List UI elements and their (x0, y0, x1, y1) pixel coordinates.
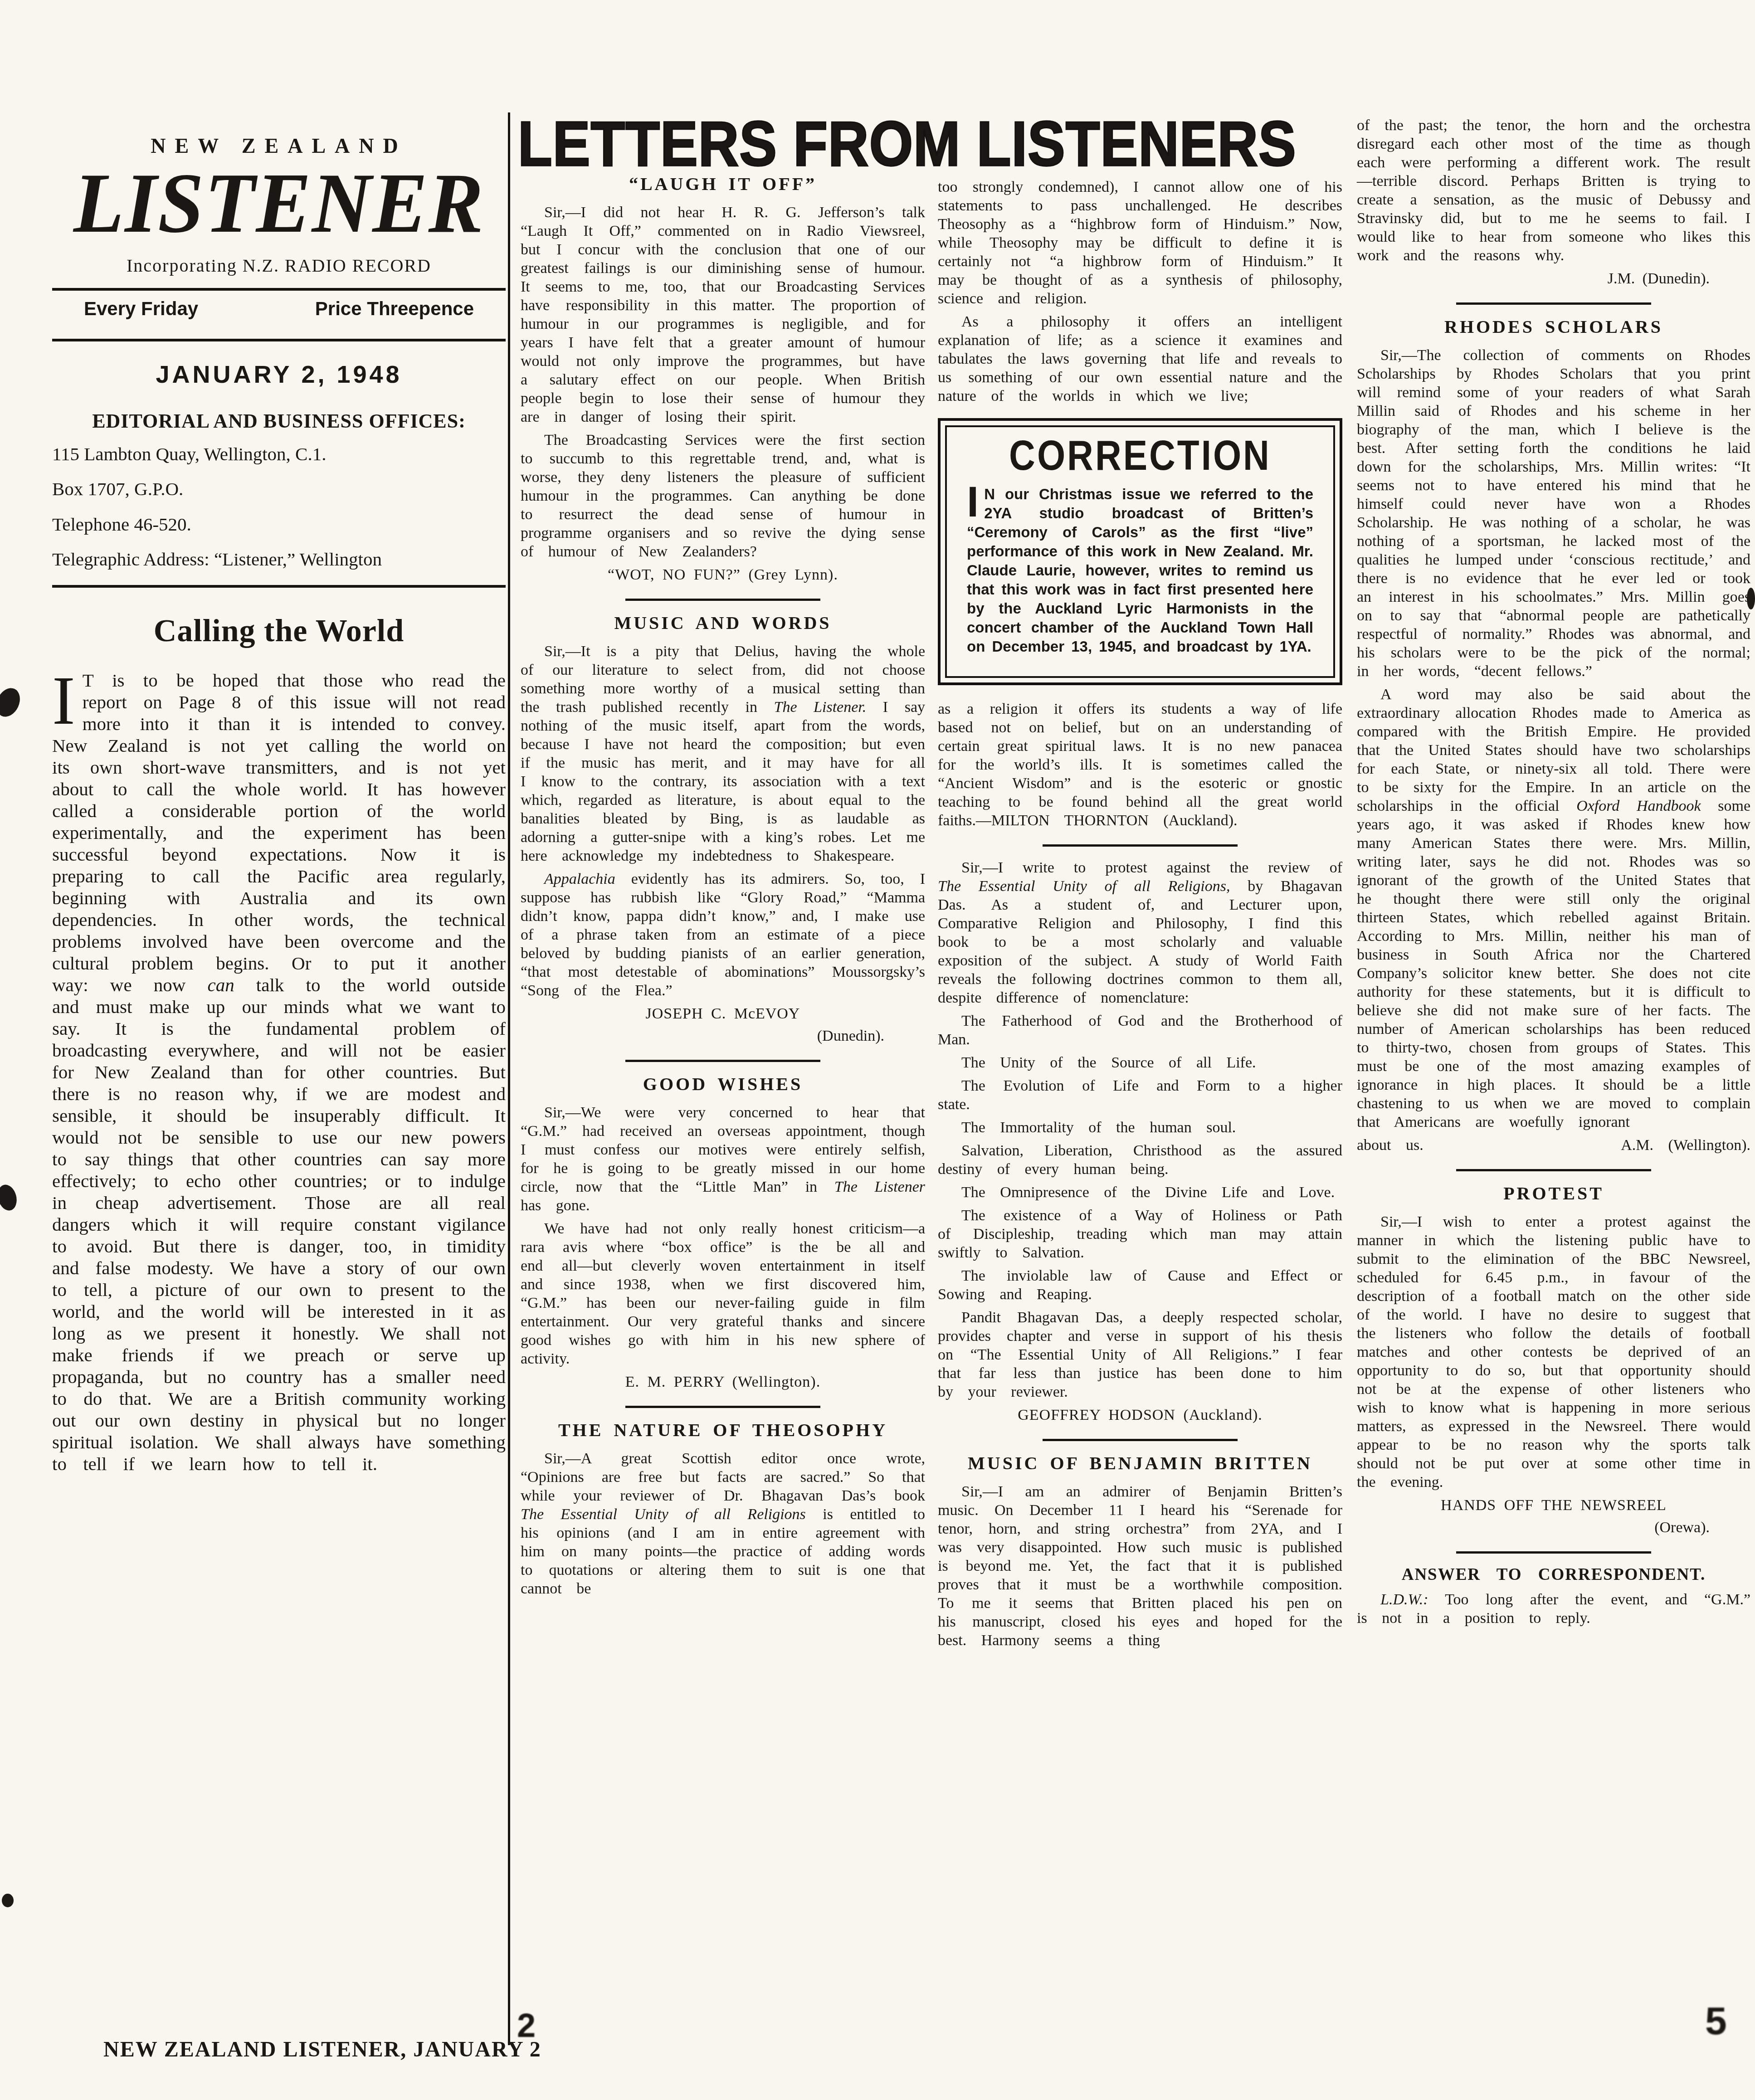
letter-heading: GOOD WISHES (521, 1075, 925, 1093)
masthead-rule (52, 585, 506, 588)
answer-to-correspondent: ANSWER TO CORRESPONDENT. L.D.W.: Too lon… (1357, 1565, 1750, 1627)
letter-paragraph: Sir,—I write to protest against the revi… (938, 858, 1342, 1007)
letter-music-and-words: MUSIC AND WORDS Sir,—It is a pity that D… (521, 614, 925, 1062)
letters-column-3: of the past; the tenor, the horn and the… (1357, 116, 1750, 1632)
letter-paragraph: Sir,—A great Scottish editor once wrote,… (521, 1449, 925, 1598)
correction-body: IN our Christmas issue we referred to th… (967, 485, 1313, 656)
doctrine-item: The Omnipresence of the Divine Life and … (938, 1183, 1342, 1202)
page-number: 5 (1705, 1999, 1727, 2044)
letter-signature: E. M. PERRY (Wellington). (521, 1373, 925, 1391)
office-address-line: Telephone 46-520. (52, 511, 506, 538)
letter-paragraph: Sir,—The collection of comments on Rhode… (1357, 346, 1750, 681)
letter-laugh-it-off: “LAUGH IT OFF” Sir,—I did not hear H. R.… (521, 175, 925, 601)
office-address-line: Telegraphic Address: “Listener,” Welling… (52, 546, 506, 573)
column-divider-rule (508, 112, 510, 2045)
offices-heading: EDITORIAL AND BUSINESS OFFICES: (52, 409, 506, 433)
masthead-region: NEW ZEALAND (52, 134, 506, 158)
letter-signature-line: about us.A.M. (Wellington). (1357, 1136, 1750, 1155)
letter-signature-location: (Dunedin). (521, 1027, 884, 1045)
letter-signature: J.M. (Dunedin). (1357, 269, 1710, 288)
letter-good-wishes: GOOD WISHES Sir,—We were very concerned … (521, 1075, 925, 1408)
letter-paragraph-continuation: of the past; the tenor, the horn and the… (1357, 116, 1750, 265)
masthead-subtitle: Incorporating N.Z. RADIO RECORD (52, 255, 506, 276)
letter-heading: “LAUGH IT OFF” (521, 175, 925, 193)
letter-paragraph: As a philosophy it offers an intelligent… (938, 312, 1342, 405)
ink-smudge (2, 1894, 14, 1907)
letter-signature: GEOFFREY HODSON (Auckland). (938, 1406, 1342, 1424)
letter-signature: A.M. (Wellington). (1621, 1136, 1750, 1155)
letter-divider (1043, 844, 1238, 847)
letter-paragraph: Pandit Bhagavan Das, a deeply respected … (938, 1308, 1342, 1401)
letter-heading: RHODES SCHOLARS (1357, 317, 1750, 336)
letter-paragraph: Sir,—I did not hear H. R. G. Jefferson’s… (521, 203, 925, 426)
letter-protest: PROTEST Sir,—I wish to enter a protest a… (1357, 1184, 1750, 1554)
issue-price: Price Threepence (315, 298, 474, 320)
letter-paragraph: Sir,—I wish to enter a protest against t… (1357, 1213, 1750, 1491)
footer-imprint: NEW ZEALAND LISTENER, JANUARY 2 (103, 2037, 541, 2062)
letter-heading: MUSIC AND WORDS (521, 614, 925, 632)
letter-paragraph: A word may also be said about the extrao… (1357, 685, 1750, 1131)
ink-smudge (0, 684, 24, 721)
letter-divider (1456, 1551, 1651, 1554)
editorial-drop-cap: I (52, 669, 83, 728)
masthead: NEW ZEALAND LISTENER Incorporating N.Z. … (52, 134, 506, 588)
letter-unity-review-protest: Sir,—I write to protest against the revi… (938, 858, 1342, 1441)
doctrine-item: The Immortality of the human soul. (938, 1118, 1342, 1137)
doctrine-item: The inviolable law of Cause and Effect o… (938, 1267, 1342, 1304)
letter-divider (1043, 1439, 1238, 1441)
editorial-paragraph: IT is to be hoped that those who read th… (52, 669, 506, 1475)
ink-smudge (1747, 588, 1755, 609)
answer-heading: ANSWER TO CORRESPONDENT. (1357, 1565, 1750, 1584)
stray-page-numeral: 2 (517, 2006, 536, 2045)
doctrine-item: The Fatherhood of God and the Brotherhoo… (938, 1012, 1342, 1049)
letter-rhodes-scholars: RHODES SCHOLARS Sir,—The collection of c… (1357, 317, 1750, 1171)
letter-heading: PROTEST (1357, 1184, 1750, 1203)
editorial-article: Calling the World IT is to be hoped that… (52, 613, 506, 1475)
office-address-line: 115 Lambton Quay, Wellington, C.1. (52, 441, 506, 468)
letters-column-2: too strongly condemned), I cannot allow … (938, 178, 1342, 1654)
editorial-title: Calling the World (52, 613, 506, 649)
correction-drop-cap: I (967, 485, 984, 519)
letter-nature-of-theosophy: THE NATURE OF THEOSOPHY Sir,—A great Sco… (521, 1421, 925, 1598)
answer-body: L.D.W.: Too long after the event, and “G… (1357, 1590, 1750, 1627)
letter-paragraph: Appalachia evidently has its admirers. S… (521, 870, 925, 1000)
correction-heading: CORRECTION (967, 445, 1313, 466)
masthead-issue-row: Every Friday Price Threepence (52, 291, 506, 327)
doctrine-item: The Unity of the Source of all Life. (938, 1053, 1342, 1072)
letter-paragraph: Sir,—It is a pity that Delius, having th… (521, 642, 925, 865)
letter-paragraph: Sir,—I am an admirer of Benjamin Britten… (938, 1482, 1342, 1650)
letter-music-of-benjamin-britten: MUSIC OF BENJAMIN BRITTEN Sir,—I am an a… (938, 1454, 1342, 1650)
letter-signature-location: (Orewa). (1357, 1518, 1710, 1537)
issue-day: Every Friday (84, 298, 198, 320)
letter-divider (1456, 302, 1651, 305)
letters-column-1: “LAUGH IT OFF” Sir,—I did not hear H. R.… (521, 175, 925, 1603)
letter-divider (1456, 1169, 1651, 1171)
letter-divider (625, 1406, 820, 1408)
correction-box: CORRECTION IN our Christmas issue we ref… (938, 418, 1342, 685)
letter-paragraph-continuation: too strongly condemned), I cannot allow … (938, 178, 1342, 308)
letter-heading: MUSIC OF BENJAMIN BRITTEN (938, 1454, 1342, 1472)
letters-section-header: LETTERS FROM LISTENERS (518, 108, 1297, 180)
letter-divider (625, 599, 820, 601)
doctrine-item: The Evolution of Life and Form to a high… (938, 1077, 1342, 1114)
letter-signature-name: JOSEPH C. McEVOY (521, 1004, 925, 1023)
newspaper-page: NEW ZEALAND LISTENER Incorporating N.Z. … (0, 0, 1755, 2100)
letter-signature-name: HANDS OFF THE NEWSREEL (1357, 1496, 1750, 1515)
letter-paragraph: We have had not only really honest criti… (521, 1219, 925, 1368)
doctrine-item: Salvation, Liberation, Christhood as the… (938, 1141, 1342, 1179)
office-address-line: Box 1707, G.P.O. (52, 476, 506, 502)
masthead-title: LISTENER (52, 161, 506, 246)
letter-paragraph: Sir,—We were very concerned to hear that… (521, 1103, 925, 1215)
letter-signature: “WOT, NO FUN?” (Grey Lynn). (521, 565, 925, 584)
letter-heading: THE NATURE OF THEOSOPHY (521, 1421, 925, 1439)
letter-paragraph-continuation: as a religion it offers its students a w… (938, 700, 1342, 830)
doctrine-item: The existence of a Way of Holiness or Pa… (938, 1206, 1342, 1262)
masthead-rule (52, 339, 506, 341)
letter-divider (625, 1060, 820, 1062)
ink-smudge (0, 1183, 19, 1213)
letter-paragraph: The Broadcasting Services were the first… (521, 431, 925, 561)
issue-date: JANUARY 2, 1948 (52, 361, 506, 389)
